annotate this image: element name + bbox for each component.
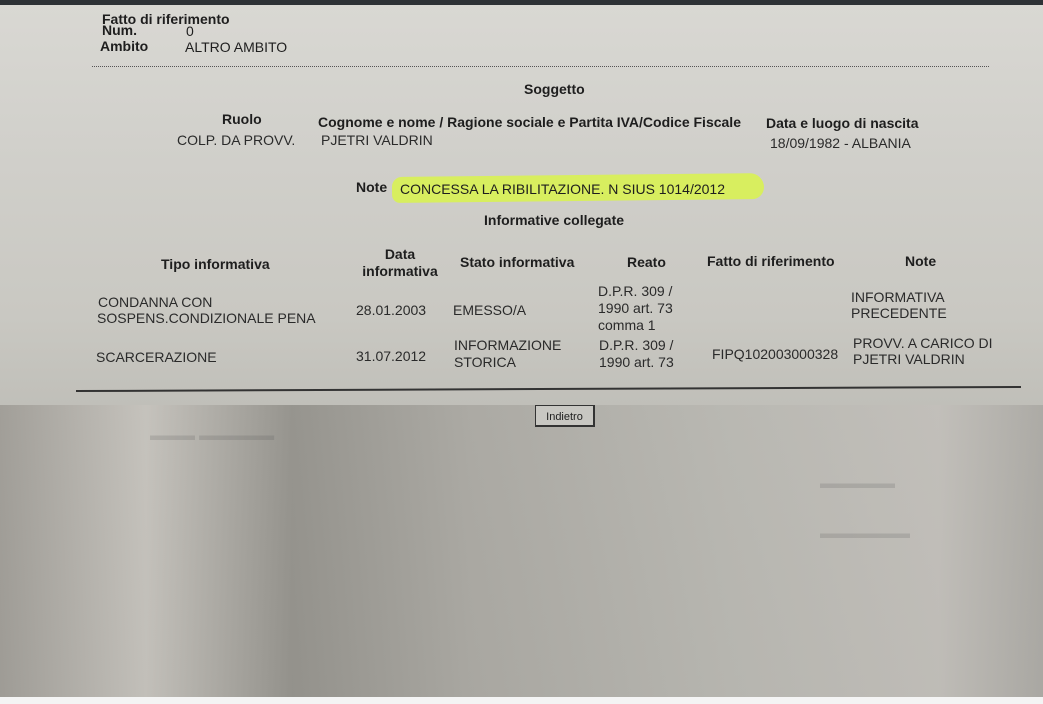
soggetto-nome: PJETRI VALDRIN [321,132,433,148]
row2-reato-line2: 1990 art. 73 [599,354,674,370]
informative-title: Informative collegate [484,212,624,228]
row1-data: 28.01.2003 [356,302,426,318]
soggetto-ruolo: COLP. DA PROVV. [177,132,295,148]
row1-tipo-line2: SOSPENS.CONDIZIONALE PENA [97,310,316,326]
nascita-header: Data e luogo di nascita [766,115,918,132]
soggetto-title: Soggetto [524,81,585,97]
bleed-through-text: ▬▬▬▬▬ [820,475,895,492]
note-label: Note [356,179,387,195]
note-header: Note [905,253,936,270]
page-shadow [0,405,1043,702]
row2-data: 31.07.2012 [356,348,426,364]
row2-note-line2: PJETRI VALDRIN [853,351,965,367]
row1-reato-line2: 1990 art. 73 [598,300,673,316]
table-bottom-divider [76,386,1021,392]
nome-header: Cognome e nome / Ragione sociale e Parti… [318,114,741,131]
row1-reato-line3: comma 1 [598,317,656,333]
bleed-through-text: ▬▬▬▬▬▬ [820,525,910,542]
ambito-label: Ambito [100,38,148,54]
bottom-strip [0,697,1043,704]
row1-note-line2: PRECEDENTE [851,305,947,321]
row2-stato-line1: INFORMAZIONE [454,337,561,353]
row2-fatto: FIPQ102003000328 [712,346,838,362]
soggetto-nascita: 18/09/1982 - ALBANIA [770,135,911,151]
divider [92,66,989,67]
row1-tipo-line1: CONDANNA CON [98,294,212,310]
data-header-line2: informativa [358,263,442,280]
back-button[interactable]: Indietro [535,405,595,427]
data-header: Data informativa [358,246,442,280]
fatto-header: Fatto di riferimento [707,253,835,270]
row2-tipo: SCARCERAZIONE [96,349,217,365]
row2-reato-line1: D.P.R. 309 / [599,337,673,353]
num-label: Num. [102,22,137,38]
row2-stato-line2: STORICA [454,354,516,370]
reato-header: Reato [627,254,666,271]
note-text: CONCESSA LA RIBILITAZIONE. N SIUS 1014/2… [400,181,725,197]
row2-note-line1: PROVV. A CARICO DI [853,335,993,351]
data-header-line1: Data [358,246,442,263]
row1-reato-line1: D.P.R. 309 / [598,283,672,299]
ruolo-header: Ruolo [222,111,262,128]
tipo-header: Tipo informativa [161,256,270,273]
bleed-through-text: ▬▬▬ ▬▬▬▬▬ [150,427,274,444]
row1-stato: EMESSO/A [453,302,526,318]
ambito-value: ALTRO AMBITO [185,39,287,55]
num-value: 0 [186,23,194,39]
stato-header: Stato informativa [460,254,574,271]
document-page: ▬▬▬ ▬▬▬▬▬ ▬▬▬▬▬ ▬▬▬▬▬▬ Fatto di riferime… [0,5,1043,697]
row1-note-line1: INFORMATIVA [851,289,945,305]
